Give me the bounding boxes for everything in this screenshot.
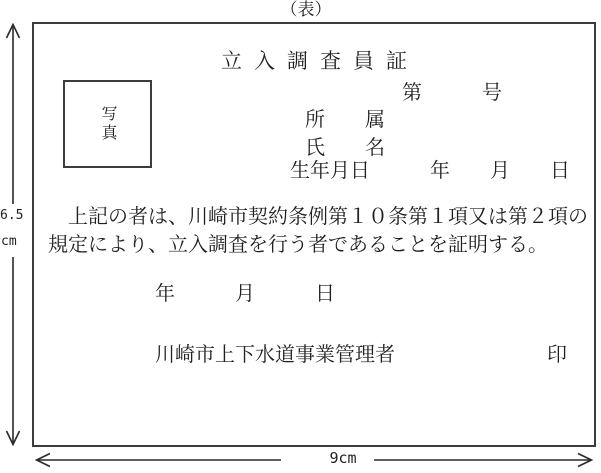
certificate-statement-line2: 規定により、立入調査を行う者であることを証明する。: [48, 234, 548, 257]
certificate-number-line: 第 号: [402, 82, 502, 105]
name-field: 氏 名: [305, 137, 385, 160]
issuer-title: 川崎市上下水道事業管理者: [155, 344, 395, 367]
certificate-statement-line1: 上記の者は、川崎市契約条例第１０条第１項又は第２項の: [48, 206, 588, 229]
document-page: （表） 立入調査員証 写真 第 号 所 属 氏 名 生年月日 年 月 日 上記の…: [0, 0, 601, 473]
width-dimension-label: 9cm: [308, 450, 378, 467]
affiliation-field: 所 属: [305, 109, 385, 132]
face-side-label: （表）: [246, 0, 366, 20]
height-dimension-value: 6.5: [0, 209, 23, 224]
card-title: 立入調査員証: [32, 49, 596, 73]
birthdate-field: 生年月日 年 月 日: [290, 160, 570, 183]
photo-box: 写真: [63, 80, 152, 168]
issue-date-line: 年 月 日: [155, 283, 335, 306]
height-dimension-unit: cm: [1, 235, 17, 250]
photo-label: 写真: [96, 105, 119, 143]
seal-placeholder: 印: [547, 344, 567, 367]
